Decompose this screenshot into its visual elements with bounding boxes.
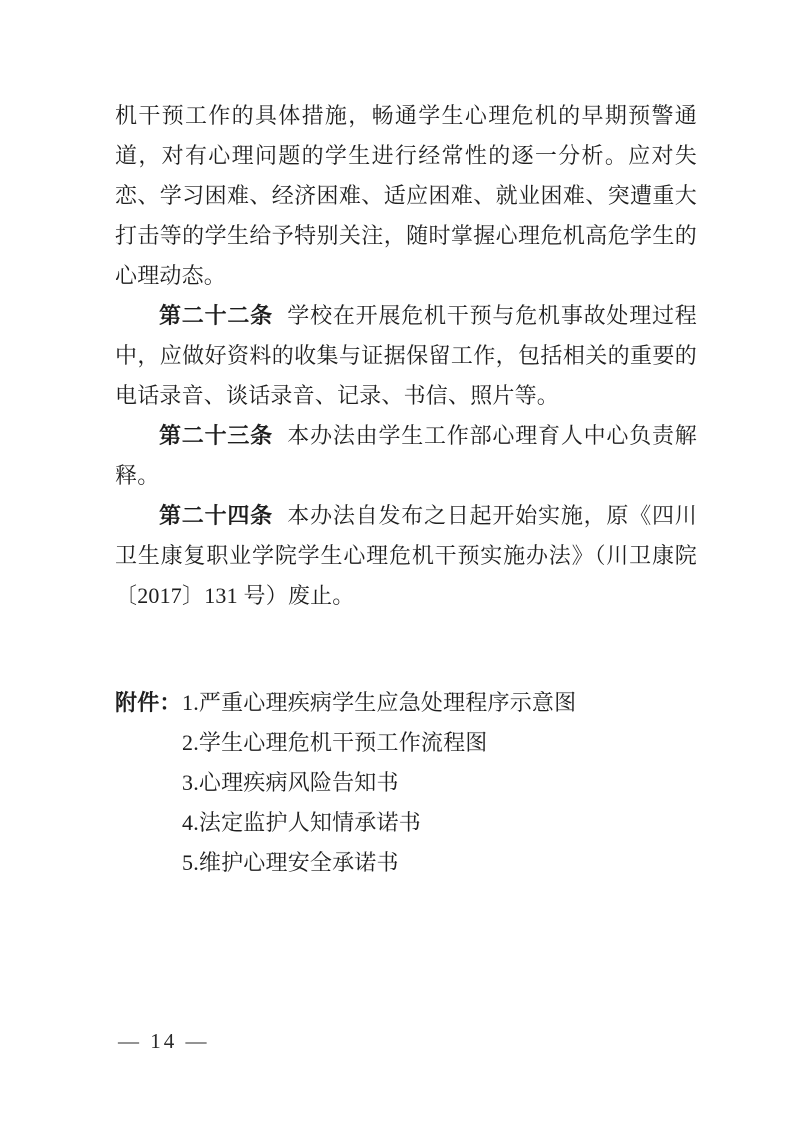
document-page: 机干预工作的具体措施，畅通学生心理危机的早期预警通道，对有心理问题的学生进行经常… [0,0,799,1130]
article-number: 第二十二条 [159,303,273,328]
paragraph-article-22: 第二十二条学校在开展危机干预与危机事故处理过程中，应做好资料的收集与证据保留工作… [115,296,697,416]
paragraph: 机干预工作的具体措施，畅通学生心理危机的早期预警通道，对有心理问题的学生进行经常… [115,96,697,296]
attachment-item: 1.严重心理疾病学生应急处理程序示意图 [182,683,697,723]
paragraph-article-24: 第二十四条本办法自发布之日起开始实施，原《四川卫生康复职业学院学生心理危机干预实… [115,496,697,616]
attachments-block: 附件： 1.严重心理疾病学生应急处理程序示意图 2.学生心理危机干预工作流程图 … [115,683,697,883]
attachment-item: 5.维护心理安全承诺书 [182,843,697,883]
document-body: 机干预工作的具体措施，畅通学生心理危机的早期预警通道，对有心理问题的学生进行经常… [115,96,697,883]
page-number: — 14 — [118,1027,210,1055]
attachment-item: 4.法定监护人知情承诺书 [182,803,697,843]
article-number: 第二十三条 [159,423,273,448]
attachment-item: 3.心理疾病风险告知书 [182,763,697,803]
attachments-label: 附件： [115,683,182,723]
article-number: 第二十四条 [159,503,273,528]
paragraph-article-23: 第二十三条本办法由学生工作部心理育人中心负责解释。 [115,416,697,496]
paragraph-text: 机干预工作的具体措施，畅通学生心理危机的早期预警通道，对有心理问题的学生进行经常… [115,103,697,288]
attachment-item: 2.学生心理危机干预工作流程图 [182,723,697,763]
